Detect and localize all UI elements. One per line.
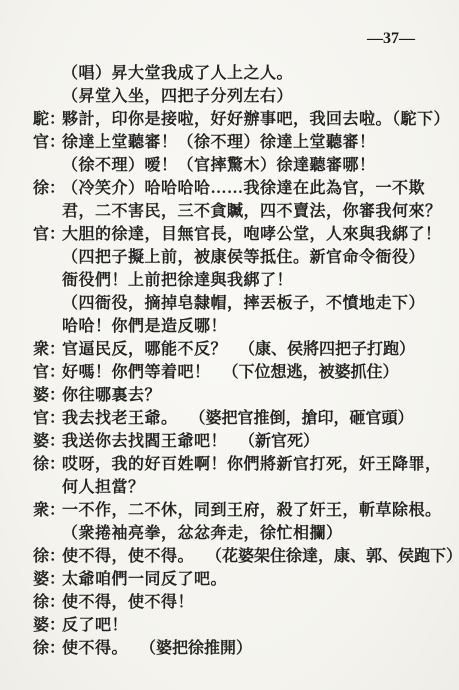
speaker-label: 婆： <box>33 384 62 407</box>
stage-direction: （婆把官推倒，搶印，砸官頭） <box>190 407 414 430</box>
dialogue-text: （衆捲袖亮拳，忿忿奔走，徐忙相攔） <box>62 522 343 545</box>
stage-direction: （婆把徐推開） <box>140 637 252 660</box>
dialogue-text: 君，二不害民，三不貪贓，四不賣法，你審我何來？ <box>62 200 442 223</box>
dialogue-text: （昇堂入坐，四把子分列左右） <box>62 85 293 108</box>
script-line: 何人担當？ <box>33 476 453 499</box>
dialogue-text: 官逼民反，哪能不反？ <box>62 338 227 361</box>
script-line: 官：徐達上堂聽審！（徐不理）徐達上堂聽審！ <box>33 131 453 154</box>
dialogue-text: 衙役們！上前把徐達與我綁了！ <box>62 269 293 292</box>
script-line: 官：好嗎！你們等着吧！（下位想逃，被婆抓住） <box>33 361 453 384</box>
script-line: 婆：你往哪裏去？ <box>33 384 453 407</box>
speaker-label: 徐： <box>33 591 62 614</box>
page-number: —37— <box>367 30 415 48</box>
dialogue-text: 使不得。 <box>62 637 128 660</box>
dialogue-text: 哈哈！你們是造反哪！ <box>62 315 227 338</box>
script-body: （唱）昇大堂我成了人上之人。（昇堂入坐，四把子分列左右）駝：夥計，印你是接啦，好… <box>33 62 453 660</box>
script-line: 徐：（冷笑介）哈哈哈哈……我徐達在此為官，一不欺 <box>33 177 453 200</box>
dialogue-text: 使不得，使不得！ <box>62 591 194 614</box>
script-line: 哈哈！你們是造反哪！ <box>33 315 453 338</box>
speaker-label: 婆： <box>33 568 62 591</box>
dialogue-text: 何人担當？ <box>62 476 145 499</box>
speaker-label: 官： <box>33 131 62 154</box>
dialogue-text: 我去找老王爺。 <box>62 407 178 430</box>
script-line: 衙役們！上前把徐達與我綁了！ <box>33 269 453 292</box>
script-line: （昇堂入坐，四把子分列左右） <box>33 85 453 108</box>
stage-direction: （新官死） <box>239 430 319 453</box>
dialogue-text: （唱）昇大堂我成了人上之人。 <box>62 62 293 85</box>
speaker-label: 官： <box>33 223 62 246</box>
dialogue-text: 哎呀，我的好百姓啊！你們將新官打死，奸王降罪， <box>62 453 442 476</box>
dialogue-text: 大胆的徐達，目無官長，咆哮公堂，人來與我綁了！ <box>62 223 442 246</box>
script-line: 駝：夥計，印你是接啦，好好辦事吧，我回去啦。（駝下） <box>33 108 453 131</box>
dialogue-text: 太爺咱們一同反了吧。 <box>62 568 227 591</box>
script-line: （唱）昇大堂我成了人上之人。 <box>33 62 453 85</box>
script-line: （徐不理）嗳！（官摔驚木）徐達聽審哪！ <box>33 154 453 177</box>
script-line: 徐：使不得，使不得。（花婆架住徐達，康、郭、侯跑下） <box>33 545 453 568</box>
speaker-label: 駝： <box>33 108 62 131</box>
script-line: 官：我去找老王爺。（婆把官推倒，搶印，砸官頭） <box>33 407 453 430</box>
stage-direction: （花婆架住徐達，康、郭、侯跑下） <box>206 545 459 568</box>
script-line: 徐：哎呀，我的好百姓啊！你們將新官打死，奸王降罪， <box>33 453 453 476</box>
dialogue-text: 反了吧！ <box>62 614 128 637</box>
script-line: （衆捲袖亮拳，忿忿奔走，徐忙相攔） <box>33 522 453 545</box>
dialogue-text: （四衙役，摘掉皂隸帽，摔丟板子，不憤地走下） <box>62 292 425 315</box>
stage-direction: （下位想逃，被婆抓住） <box>223 361 399 384</box>
dialogue-text: 你往哪裏去？ <box>62 384 161 407</box>
speaker-label: 衆： <box>33 499 62 522</box>
dialogue-text: （四把子擬上前，被康侯等抵住。新官命令衙役） <box>62 246 425 269</box>
script-line: 官：大胆的徐達，目無官長，咆哮公堂，人來與我綁了！ <box>33 223 453 246</box>
stage-direction: （康、侯將四把子打跑） <box>239 338 415 361</box>
speaker-label: 徐： <box>33 637 62 660</box>
dialogue-text: 一不作，二不休，同到王府，殺了奸王，斬草除根。 <box>62 499 442 522</box>
scanned-script-page: —37— （唱）昇大堂我成了人上之人。（昇堂入坐，四把子分列左右）駝：夥計，印你… <box>0 0 459 690</box>
speaker-label: 徐： <box>33 453 62 476</box>
script-line: 君，二不害民，三不貪贓，四不賣法，你審我何來？ <box>33 200 453 223</box>
script-line: 徐：使不得，使不得！ <box>33 591 453 614</box>
script-line: 衆：一不作，二不休，同到王府，殺了奸王，斬草除根。 <box>33 499 453 522</box>
dialogue-text: 徐達上堂聽審！（徐不理）徐達上堂聽審！ <box>62 131 376 154</box>
dialogue-text: 好嗎！你們等着吧！ <box>62 361 211 384</box>
script-line: 婆：太爺咱們一同反了吧。 <box>33 568 453 591</box>
script-line: 婆：反了吧！ <box>33 614 453 637</box>
speaker-label: 徐： <box>33 177 62 200</box>
dialogue-text: 夥計，印你是接啦，好好辦事吧，我回去啦。（駝下） <box>62 108 450 131</box>
script-line: 徐：使不得。（婆把徐推開） <box>33 637 453 660</box>
script-line: （四衙役，摘掉皂隸帽，摔丟板子，不憤地走下） <box>33 292 453 315</box>
script-line: 婆：我送你去找閻王爺吧！（新官死） <box>33 430 453 453</box>
speaker-label: 官： <box>33 407 62 430</box>
dialogue-text: （徐不理）嗳！（官摔驚木）徐達聽審哪！ <box>62 154 376 177</box>
speaker-label: 徐： <box>33 545 62 568</box>
dialogue-text: 我送你去找閻王爺吧！ <box>62 430 227 453</box>
speaker-label: 衆： <box>33 338 62 361</box>
dialogue-text: 使不得，使不得。 <box>62 545 194 568</box>
dialogue-text: （冷笑介）哈哈哈哈……我徐達在此為官，一不欺 <box>62 177 425 200</box>
speaker-label: 婆： <box>33 614 62 637</box>
script-line: 衆：官逼民反，哪能不反？（康、侯將四把子打跑） <box>33 338 453 361</box>
speaker-label: 婆： <box>33 430 62 453</box>
speaker-label: 官： <box>33 361 62 384</box>
script-line: （四把子擬上前，被康侯等抵住。新官命令衙役） <box>33 246 453 269</box>
